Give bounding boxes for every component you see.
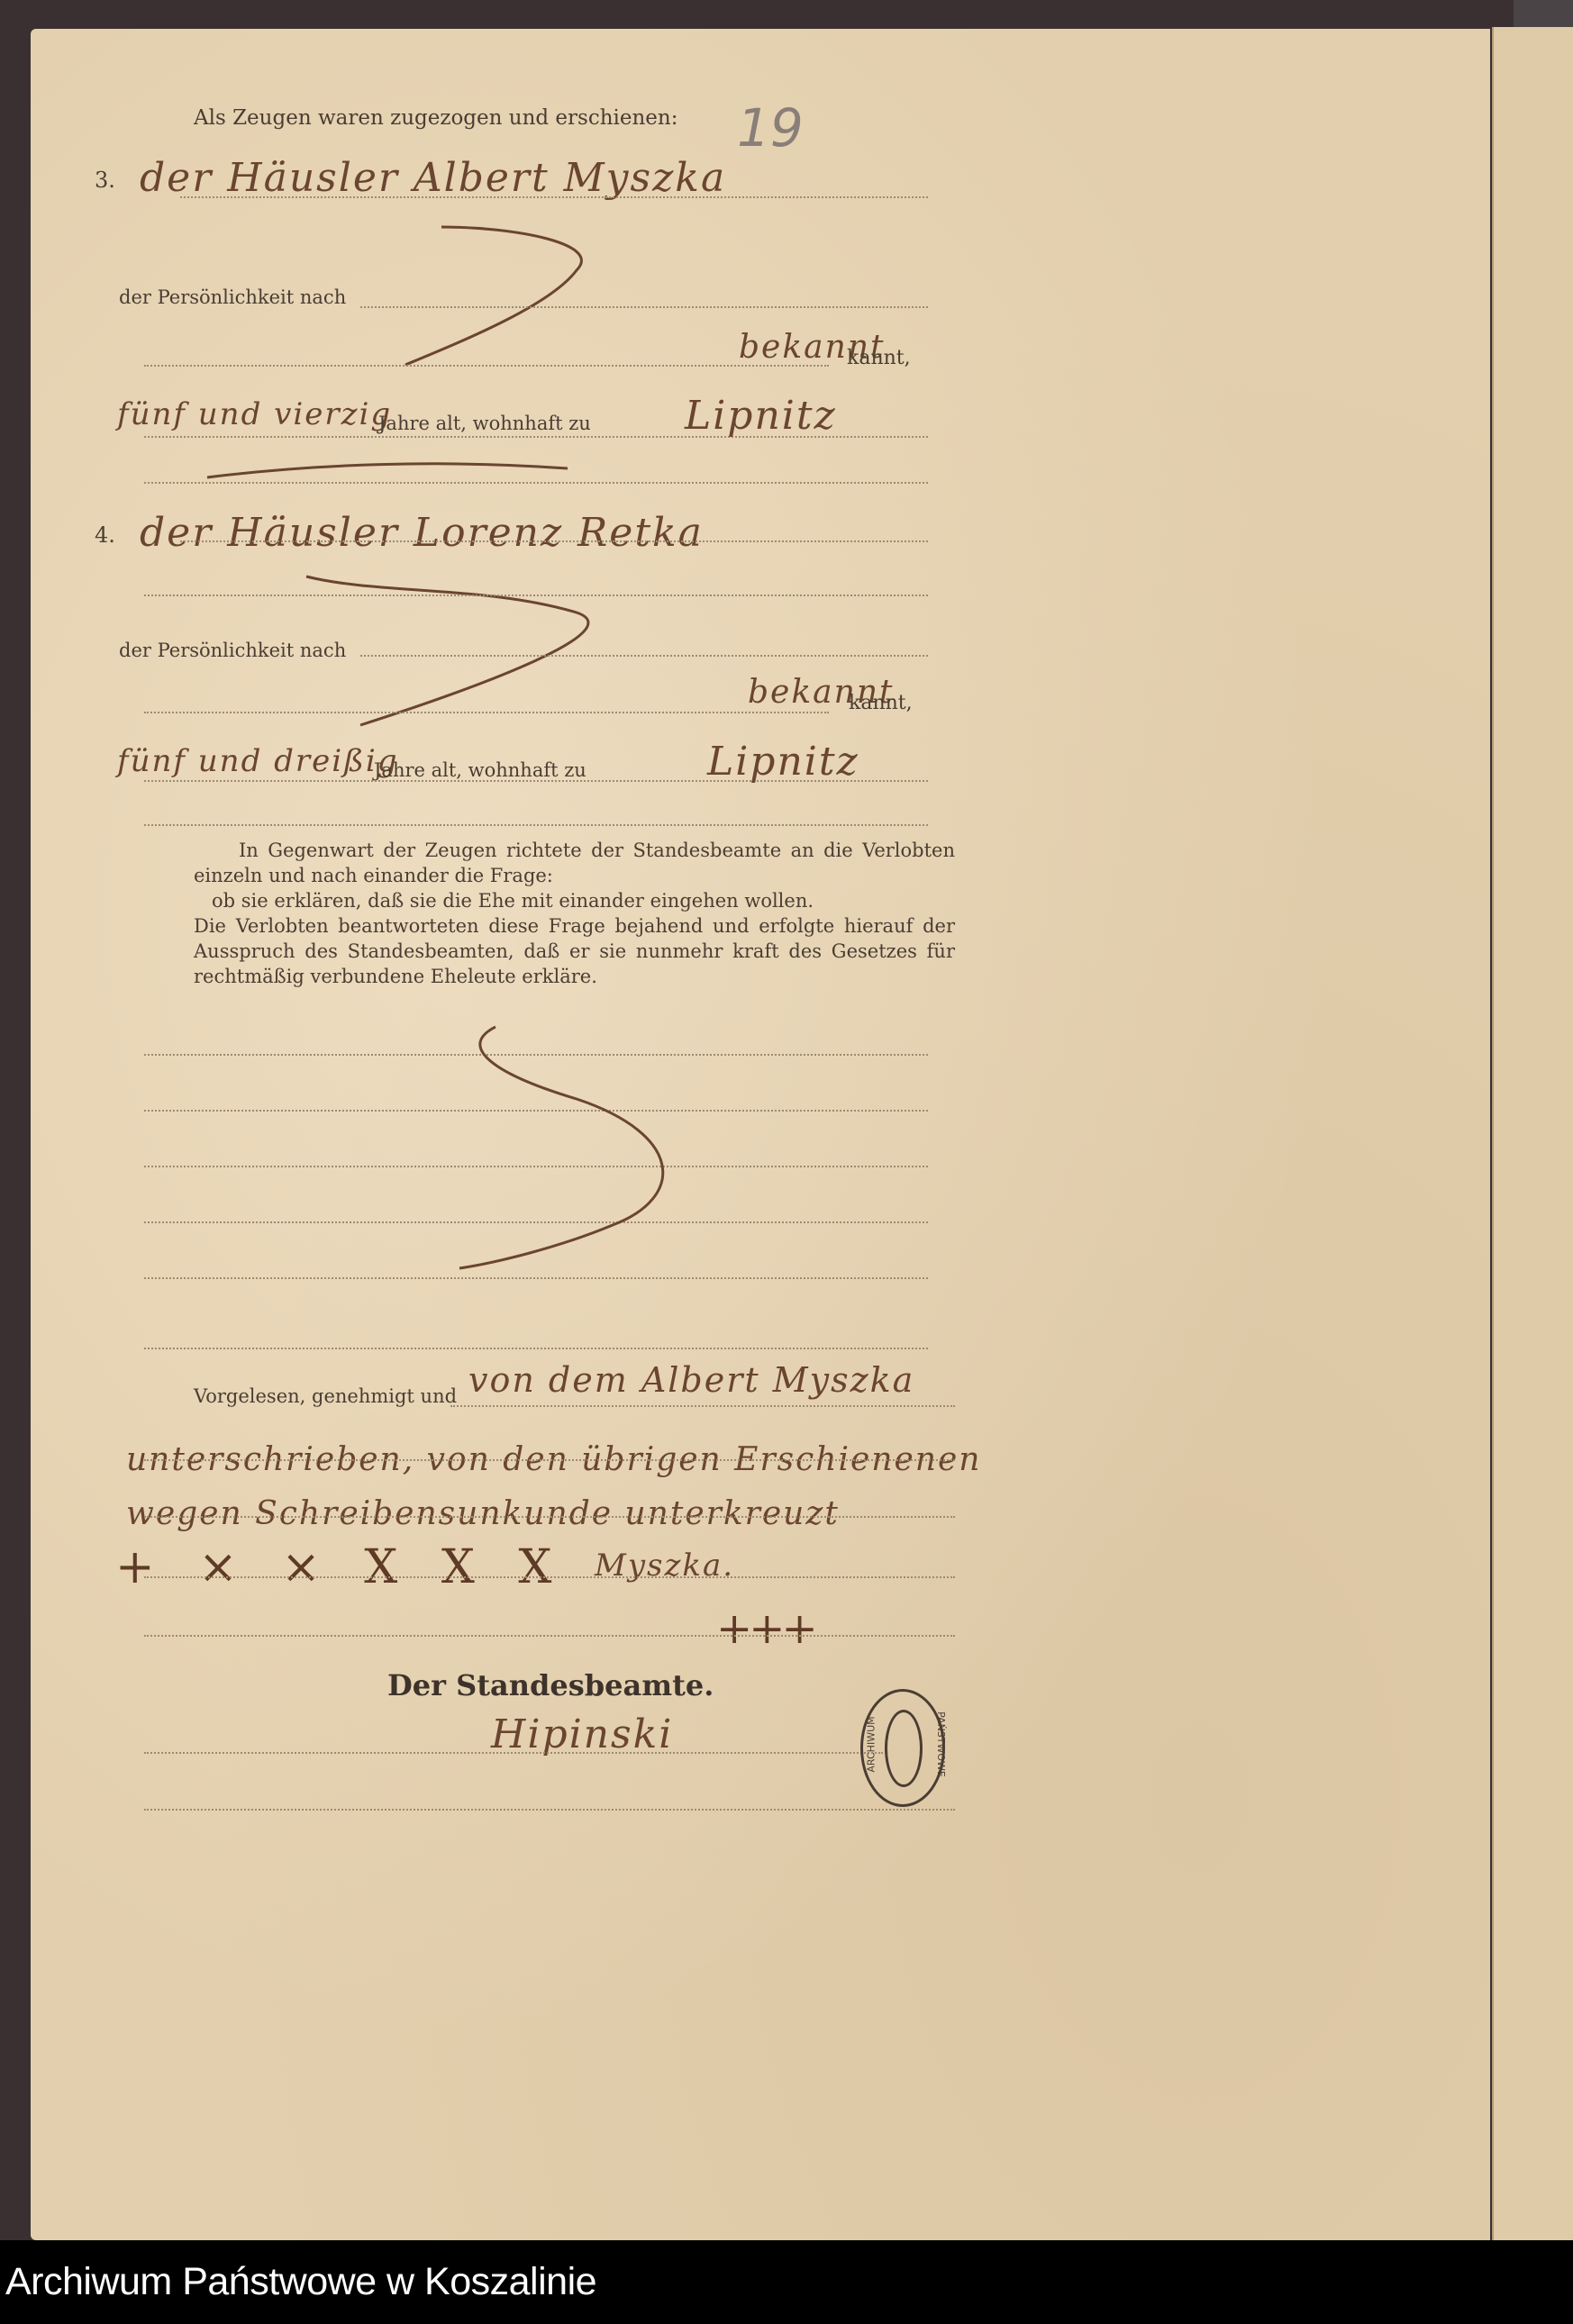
ruled-line — [144, 1752, 883, 1754]
age-handwritten: fünf und dreißig — [117, 743, 399, 779]
witness-number: 3. — [95, 168, 115, 193]
closing-handwritten: von dem Albert Myszka — [468, 1360, 914, 1400]
flourish-stroke — [207, 455, 568, 482]
known-suffix: kannt, — [849, 692, 913, 714]
ruled-line — [144, 365, 829, 367]
flourish-stroke — [306, 558, 685, 730]
witness-name: der Häusler Albert Myszka — [140, 155, 726, 201]
witness-name: der Häusler Lorenz Retka — [140, 510, 704, 556]
archive-footer: Archiwum Państwowe w Koszalinie — [0, 2240, 1573, 2324]
ruled-line — [144, 1459, 955, 1461]
ruled-line — [144, 1635, 955, 1637]
archive-name: Archiwum Państwowe w Koszalinie — [5, 2260, 596, 2304]
ruled-line — [144, 1516, 955, 1518]
ruled-line — [144, 595, 928, 596]
stamp-inner-ring — [885, 1710, 923, 1787]
ruled-line — [180, 540, 928, 542]
closing-label: Vorgelesen, genehmigt und — [194, 1385, 457, 1407]
ruled-line — [144, 712, 829, 713]
ruled-line — [144, 482, 928, 484]
declaration-line: In Gegenwart der Zeugen richtete der Sta… — [194, 838, 955, 888]
declaration-line: ob sie erklären, daß sie die Ehe mit ein… — [194, 888, 955, 913]
scan-edge — [1514, 0, 1573, 27]
closing-handwritten: wegen Schreibensunkunde unterkreuzt — [126, 1495, 840, 1532]
stamp-text: ARCHIWUM — [866, 1716, 877, 1772]
ruled-line — [144, 1348, 928, 1349]
age-handwritten: fünf und vierzig — [117, 396, 392, 432]
cross-marks: + × × X X X — [115, 1540, 566, 1594]
stamp-text: PAŃSTWOWE — [935, 1711, 947, 1777]
ruled-line — [360, 655, 928, 657]
declaration-paragraph: In Gegenwart der Zeugen richtete der Sta… — [194, 838, 955, 989]
ruled-line — [144, 1809, 955, 1811]
signature-myszka: Myszka. — [595, 1548, 734, 1584]
declaration-line: Die Verlobten beantworteten diese Frage … — [194, 913, 955, 989]
archive-stamp: ARCHIWUM PAŃSTWOWE — [860, 1689, 945, 1807]
identity-label: der Persönlichkeit nach — [119, 286, 346, 308]
ruled-line — [360, 306, 928, 308]
flourish-stroke — [405, 216, 640, 369]
known-suffix: kannt, — [847, 347, 911, 369]
residence: Lipnitz — [685, 393, 837, 439]
facing-page-edge — [1492, 27, 1573, 2240]
flourish-stroke — [450, 1027, 712, 1270]
registrar-label: Der Standesbeamte. — [387, 1668, 714, 1702]
page-number: 19 — [737, 97, 804, 159]
witness-number: 4. — [95, 522, 115, 548]
ruled-line — [450, 1405, 955, 1407]
identity-label: der Persönlichkeit nach — [119, 640, 346, 661]
age-label: Jahre alt, wohnhaft zu — [374, 759, 586, 781]
ruled-line — [144, 1576, 955, 1578]
ruled-line — [144, 824, 928, 826]
cross-marks: +++ — [716, 1603, 814, 1654]
ruled-line — [180, 196, 928, 198]
residence: Lipnitz — [707, 739, 859, 785]
registrar-signature: Hipinski — [491, 1711, 673, 1757]
ruled-line — [144, 1277, 928, 1279]
witnesses-header: Als Zeugen waren zugezogen und erschiene… — [194, 106, 677, 130]
age-label: Jahre alt, wohnhaft zu — [378, 413, 591, 434]
